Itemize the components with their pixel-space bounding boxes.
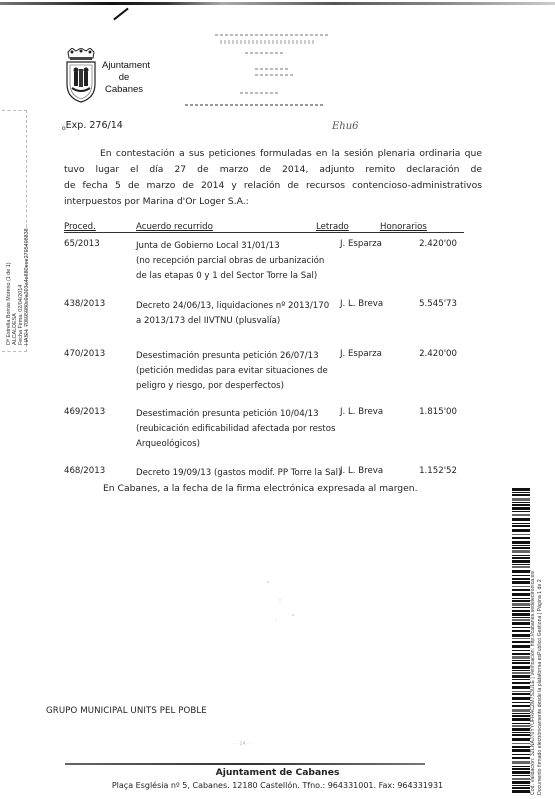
appeals-table: Proced. Acuerdo recurrido Letrado Honora… <box>64 222 464 235</box>
stamp-handwritten-signature: Ehu6 <box>332 121 359 132</box>
honorarios-cell: 2.420'00 <box>402 349 457 359</box>
closing-line: En Cabanes, a la fecha de la firma elect… <box>103 483 418 494</box>
registry-stamp <box>215 34 335 106</box>
header-acuerdo: Acuerdo recurrido <box>136 222 213 232</box>
acuerdo-line: (no recepción parcial obras de urbanizac… <box>136 254 336 269</box>
pen-mark <box>113 8 128 21</box>
acuerdo-line: a 2013/173 del IIVTNU (plusvalía) <box>136 314 336 329</box>
acuerdo-line: Arqueológicos) <box>136 437 336 452</box>
acuerdo-line: (petición medidas para evitar situacione… <box>136 364 336 379</box>
honorarios-cell: 1.815'00 <box>402 407 457 417</box>
acuerdo-cell: Junta de Gobierno Local 31/01/13(no rece… <box>136 239 336 284</box>
header-proced: Proced. <box>64 222 96 232</box>
acuerdo-line: de las etapas 0 y 1 del Sector Torre la … <box>136 269 336 284</box>
acuerdo-cell: Desestimación presunta petición 10/04/13… <box>136 407 336 452</box>
table-header: Proced. Acuerdo recurrido Letrado Honora… <box>64 222 464 235</box>
proced-cell: 468/2013 <box>64 466 105 476</box>
acuerdo-line: Desestimación presunta petición 10/04/13 <box>136 407 336 422</box>
faint-mark: · · 14 · · <box>233 741 252 747</box>
proced-cell: 438/2013 <box>64 299 105 309</box>
acuerdo-cell: Decreto 19/09/13 (gastos modif. PP Torre… <box>136 466 336 481</box>
header-honorarios: Honorarios <box>380 222 427 232</box>
proced-cell: 65/2013 <box>64 239 100 249</box>
validation-platform: Documento firmado electrónicamente desde… <box>537 571 544 795</box>
acuerdo-line: (reubicación edificabilidad afectada por… <box>136 422 336 437</box>
acuerdo-cell: Desestimación presunta petición 26/07/13… <box>136 349 336 394</box>
letrado-cell: J. L. Breva <box>340 407 383 417</box>
scan-noise <box>258 570 318 630</box>
proced-cell: 470/2013 <box>64 349 105 359</box>
letrado-cell: J. L. Breva <box>340 299 383 309</box>
org-name-line1: Ajuntament <box>102 60 146 72</box>
org-name-line3: Cabanes <box>102 84 146 96</box>
scan-top-edge <box>0 2 555 5</box>
letrado-cell: J. Esparza <box>340 239 382 249</box>
acuerdo-line: peligro y riesgo, por desperfectos) <box>136 379 336 394</box>
intro-paragraph: En contestación a sus peticiones formula… <box>64 146 482 210</box>
signature-hash: HASH: 70505080c9a203a4e880eee2795408838 <box>24 228 30 345</box>
acuerdo-line: Desestimación presunta petición 26/07/13 <box>136 349 336 364</box>
footer-address: Plaça Església nº 5, Cabanes. 12180 Cast… <box>0 781 555 790</box>
acuerdo-line: Junta de Gobierno Local 31/01/13 <box>136 239 336 254</box>
proced-cell: 469/2013 <box>64 407 105 417</box>
footer-title: Ajuntament de Cabanes <box>0 767 555 778</box>
org-name-line2: de <box>102 72 146 84</box>
recipient-name: GRUPO MUNICIPAL UNITS PEL POBLE <box>46 706 207 716</box>
acuerdo-line: Decreto 24/06/13, liquidaciones nº 2013/… <box>136 299 336 314</box>
barcode-icon <box>512 488 530 793</box>
acuerdo-line: Decreto 19/09/13 (gastos modif. PP Torre… <box>136 466 336 481</box>
footer-divider <box>65 763 425 765</box>
expedient-number: oExp. 276/14 <box>62 120 123 132</box>
validation-code: Cod. Validación: 3ZLNAJ70YYUFRACZM7S3ULE… <box>530 571 537 795</box>
organization-logo-text: Ajuntament de Cabanes <box>102 60 146 96</box>
acuerdo-cell: Decreto 24/06/13, liquidaciones nº 2013/… <box>136 299 336 329</box>
coat-of-arms-icon <box>64 48 98 104</box>
honorarios-cell: 1.152'52 <box>402 466 457 476</box>
honorarios-cell: 2.420'00 <box>402 239 457 249</box>
honorarios-cell: 5.545'73 <box>402 299 457 309</box>
letrado-cell: J. Esparza <box>340 349 382 359</box>
letrado-cell: J. L. Breva <box>340 466 383 476</box>
validation-text: Cod. Validación: 3ZLNAJ70YYUFRACZM7S3ULE… <box>530 571 544 795</box>
expedient-label: Exp. 276/14 <box>66 120 123 131</box>
electronic-signature-text: Dª Estrella Borràs Moreno (1 de 1) ALCAL… <box>6 228 30 345</box>
header-letrado: Letrado <box>316 222 349 232</box>
